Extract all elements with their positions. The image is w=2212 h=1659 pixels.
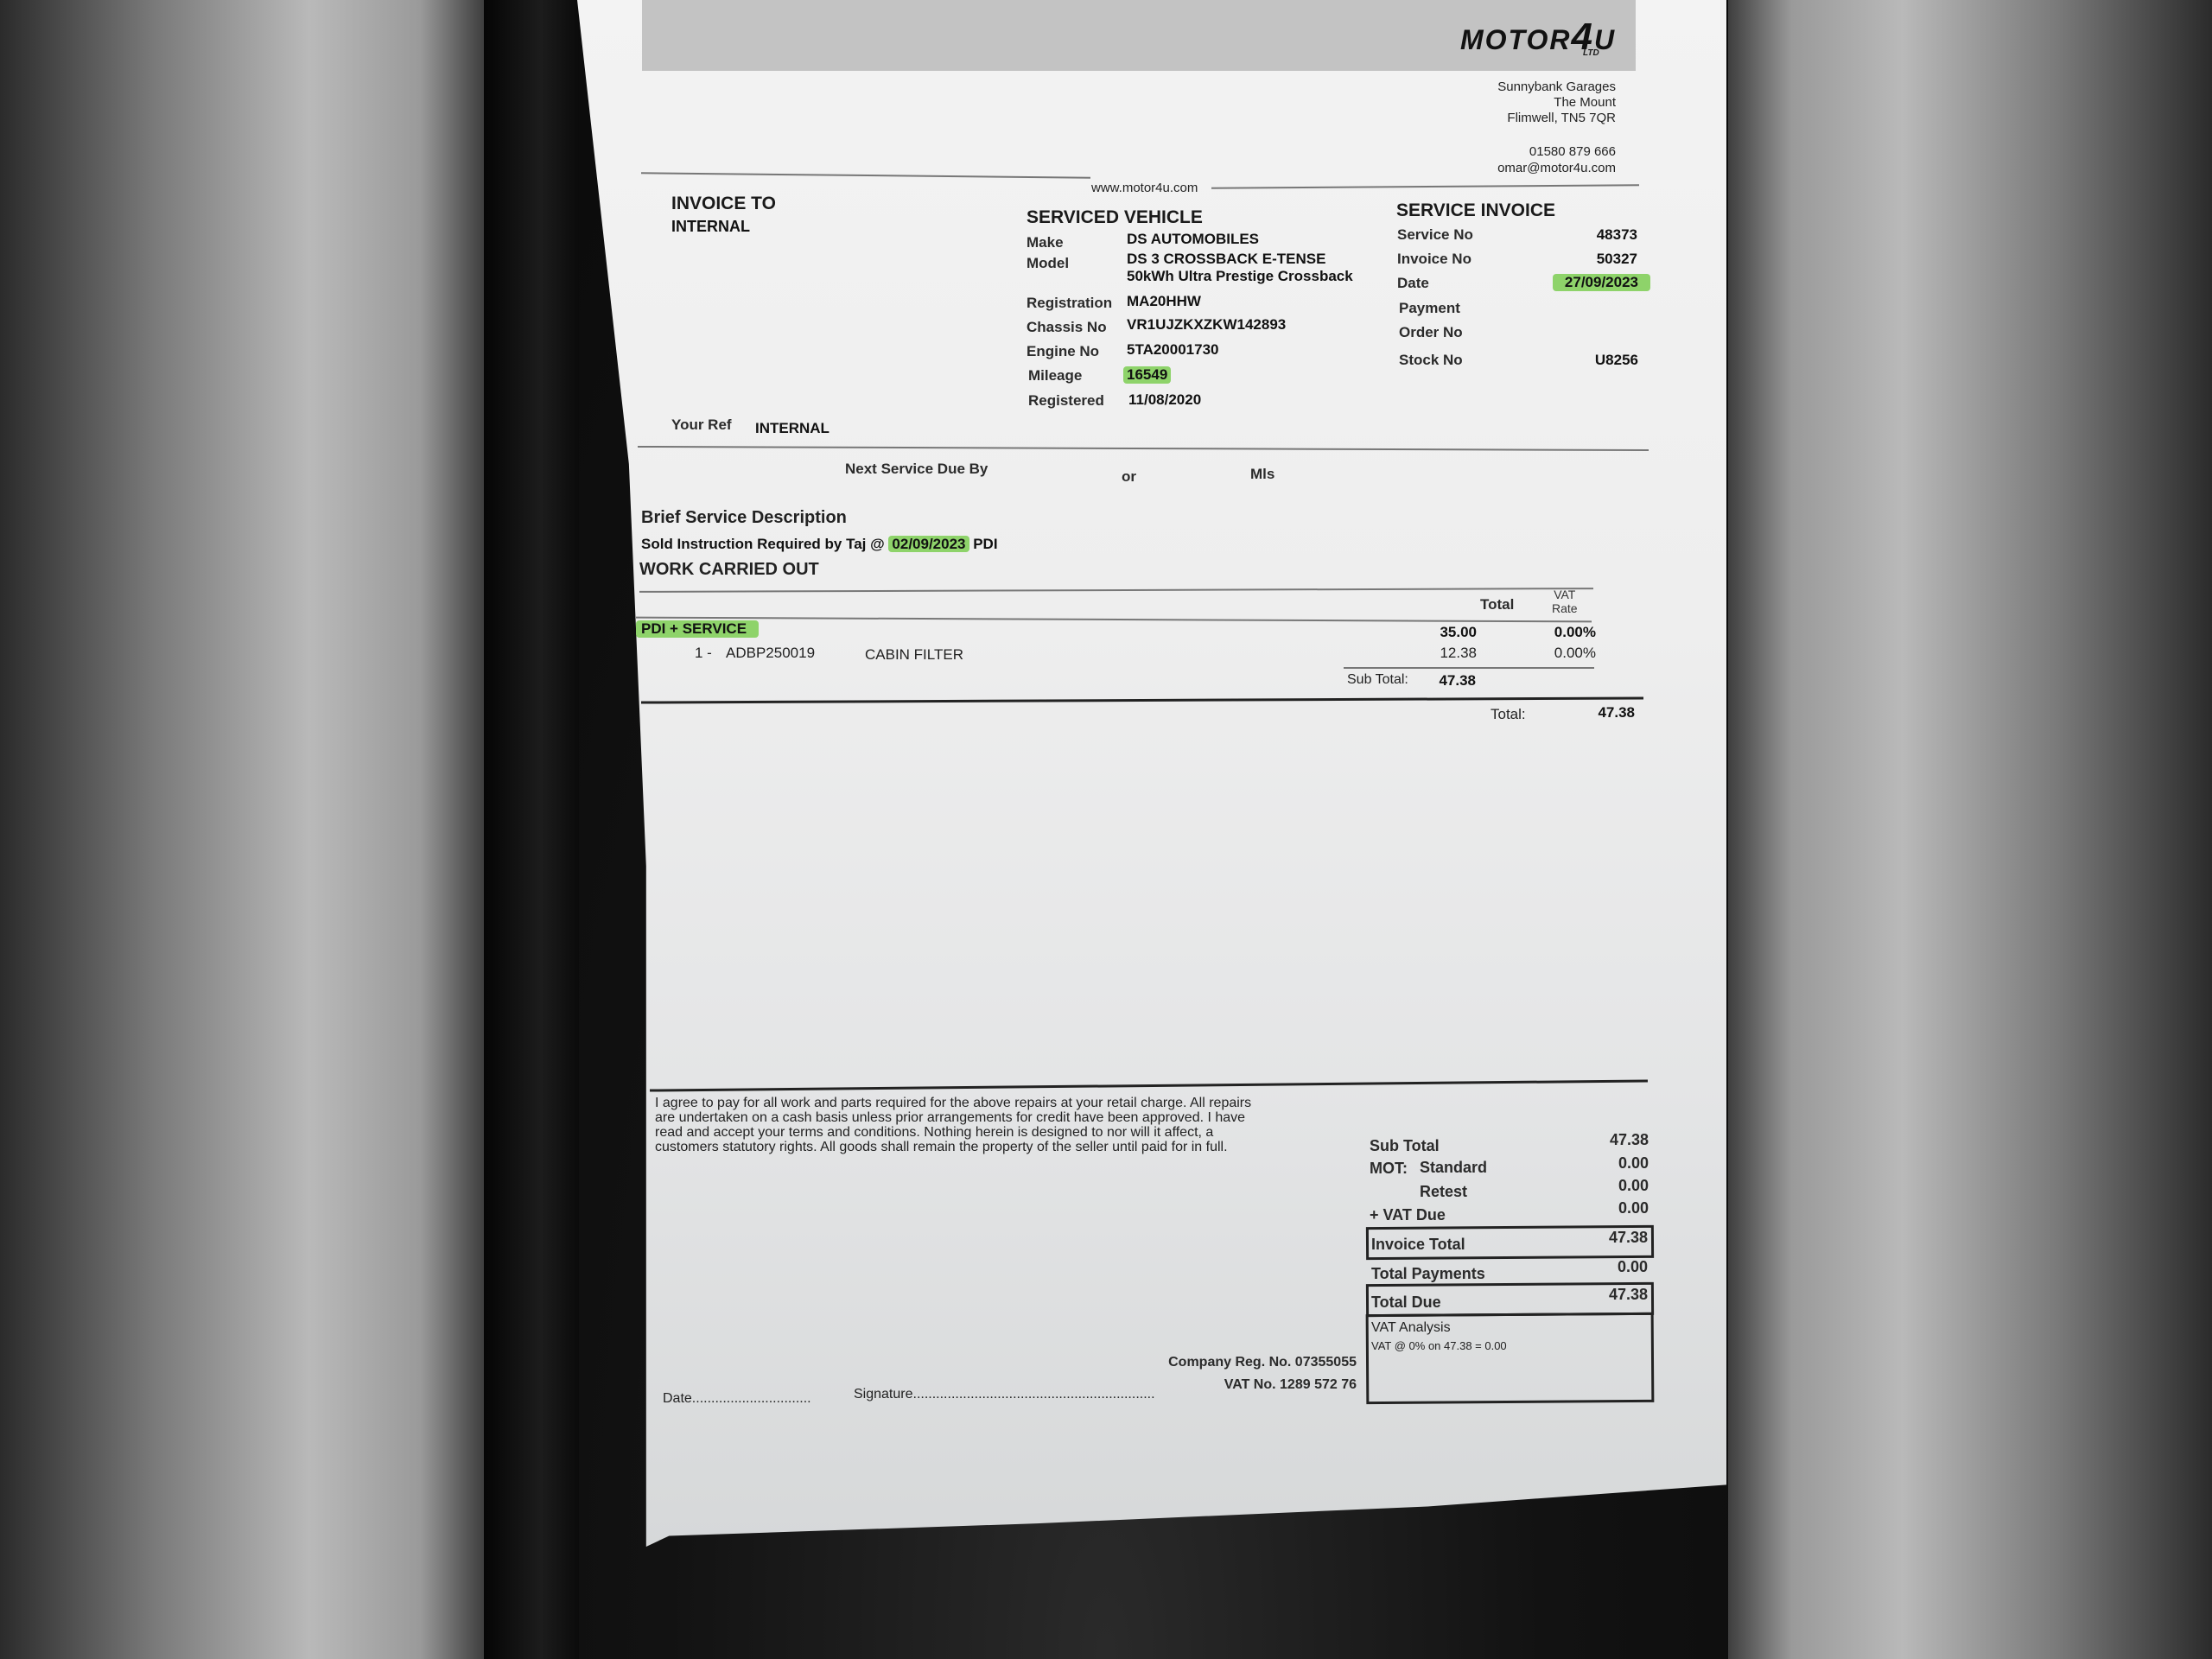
vehicle-engine: 5TA20001730 [1127,341,1219,359]
logo-ltd: LTD [1583,48,1599,58]
vehicle-label-registration: Registration [1027,295,1112,312]
part-total: 12.38 [1440,645,1477,662]
total-due: 47.38 [1609,1286,1648,1304]
vehicle-label-registered: Registered [1028,392,1104,410]
company-contact: 01580 879 666 omar@motor4u.com [1497,143,1616,176]
vehicle-mileage: 16549 [1123,366,1171,384]
company-reg: Company Reg. No. 07355055 [1168,1355,1357,1370]
part-vat: 0.00% [1554,645,1596,662]
invoice-to-heading: INVOICE TO [671,194,776,214]
total-payments-label: Total Payments [1371,1265,1485,1283]
divider [1344,667,1594,669]
company-phone: 01580 879 666 [1497,143,1616,160]
vehicle-registered: 11/08/2020 [1128,391,1201,409]
vehicle-model-variant: 50kWh Ultra Prestige Crossback [1127,268,1353,285]
terms-text: I agree to pay for all work and parts re… [655,1096,1251,1154]
your-ref-label: Your Ref [671,416,732,434]
vehicle-label-chassis: Chassis No [1027,319,1107,336]
your-ref-value: INTERNAL [755,420,829,437]
summary-sub-total-label: Sub Total [1370,1137,1440,1155]
company-email: omar@motor4u.com [1497,160,1616,176]
label-invoice-no: Invoice No [1397,251,1471,268]
retest-label: Retest [1420,1183,1467,1201]
service-no: 48373 [1597,226,1637,244]
vehicle-label-make: Make [1027,234,1064,251]
invoice-total-label: Invoice Total [1371,1236,1465,1254]
part-number: ADBP250019 [726,645,815,662]
brief-description-text: Sold Instruction Required by Taj @ 02/09… [641,536,998,553]
signature-line: Signature...............................… [854,1387,1155,1402]
vehicle-label-mileage: Mileage [1028,367,1082,385]
total-due-label: Total Due [1371,1294,1441,1312]
retest: 0.00 [1618,1177,1649,1195]
table-sub-total: 47.38 [1439,672,1476,690]
invoice-total: 47.38 [1609,1229,1648,1247]
total-payments: 0.00 [1618,1258,1648,1276]
vehicle-registration: MA20HHW [1127,293,1201,310]
invoice-no: 50327 [1597,251,1637,268]
mot-label: MOT: [1370,1160,1408,1178]
label-stock-no: Stock No [1399,352,1463,369]
next-service-miles: Mls [1250,466,1274,483]
vehicle-label-engine: Engine No [1027,343,1099,360]
col-total: Total [1480,596,1514,613]
next-service-label: Next Service Due By [845,461,988,478]
vat-analysis-label: VAT Analysis [1371,1320,1451,1336]
work-line-vat: 0.00% [1554,624,1596,641]
stock-no: U8256 [1595,352,1638,369]
service-invoice-heading: SERVICE INVOICE [1396,200,1555,221]
work-carried-out-heading: WORK CARRIED OUT [639,560,819,580]
vat-analysis-line: VAT @ 0% on 47.38 = 0.00 [1371,1339,1507,1352]
date-signature-line: Date............................... [663,1391,811,1407]
company-address: Sunnybank Garages The Mount Flimwell, TN… [1497,79,1616,126]
label-date: Date [1397,275,1429,292]
table-total: 47.38 [1598,704,1635,721]
vehicle-make: DS AUTOMOBILES [1127,231,1259,248]
work-line-description: PDI + SERVICE [636,620,759,638]
part-qty: 1 - [695,645,712,662]
vehicle-chassis: VR1UJZKXZKW142893 [1127,316,1286,334]
part-description: CABIN FILTER [865,646,963,664]
instruction-date: 02/09/2023 [888,536,969,552]
serviced-vehicle-heading: SERVICED VEHICLE [1027,207,1203,228]
table-sub-total-label: Sub Total: [1347,672,1408,688]
vehicle-label-model: Model [1027,255,1069,272]
invoice-date: 27/09/2023 [1553,274,1650,291]
next-service-or: or [1122,468,1136,486]
label-order-no: Order No [1399,324,1463,341]
vat-number: VAT No. 1289 572 76 [1224,1377,1357,1393]
car-seat-edge [484,0,579,1659]
vehicle-model: DS 3 CROSSBACK E-TENSE [1127,251,1325,268]
vat-due: 0.00 [1618,1199,1649,1217]
brief-description-heading: Brief Service Description [641,508,847,528]
company-website: www.motor4u.com [1091,181,1198,195]
invoice-to-name: INTERNAL [671,218,750,236]
vat-due-label: + VAT Due [1370,1206,1446,1224]
mot-standard: 0.00 [1618,1154,1649,1173]
table-total-label: Total: [1491,706,1526,723]
col-vat-rate: VATRate [1552,588,1578,615]
work-line-total: 35.00 [1440,624,1477,641]
summary-sub-total: 47.38 [1610,1131,1649,1149]
mot-standard-label: Standard [1420,1159,1487,1177]
label-payment: Payment [1399,300,1460,317]
label-service-no: Service No [1397,226,1473,244]
